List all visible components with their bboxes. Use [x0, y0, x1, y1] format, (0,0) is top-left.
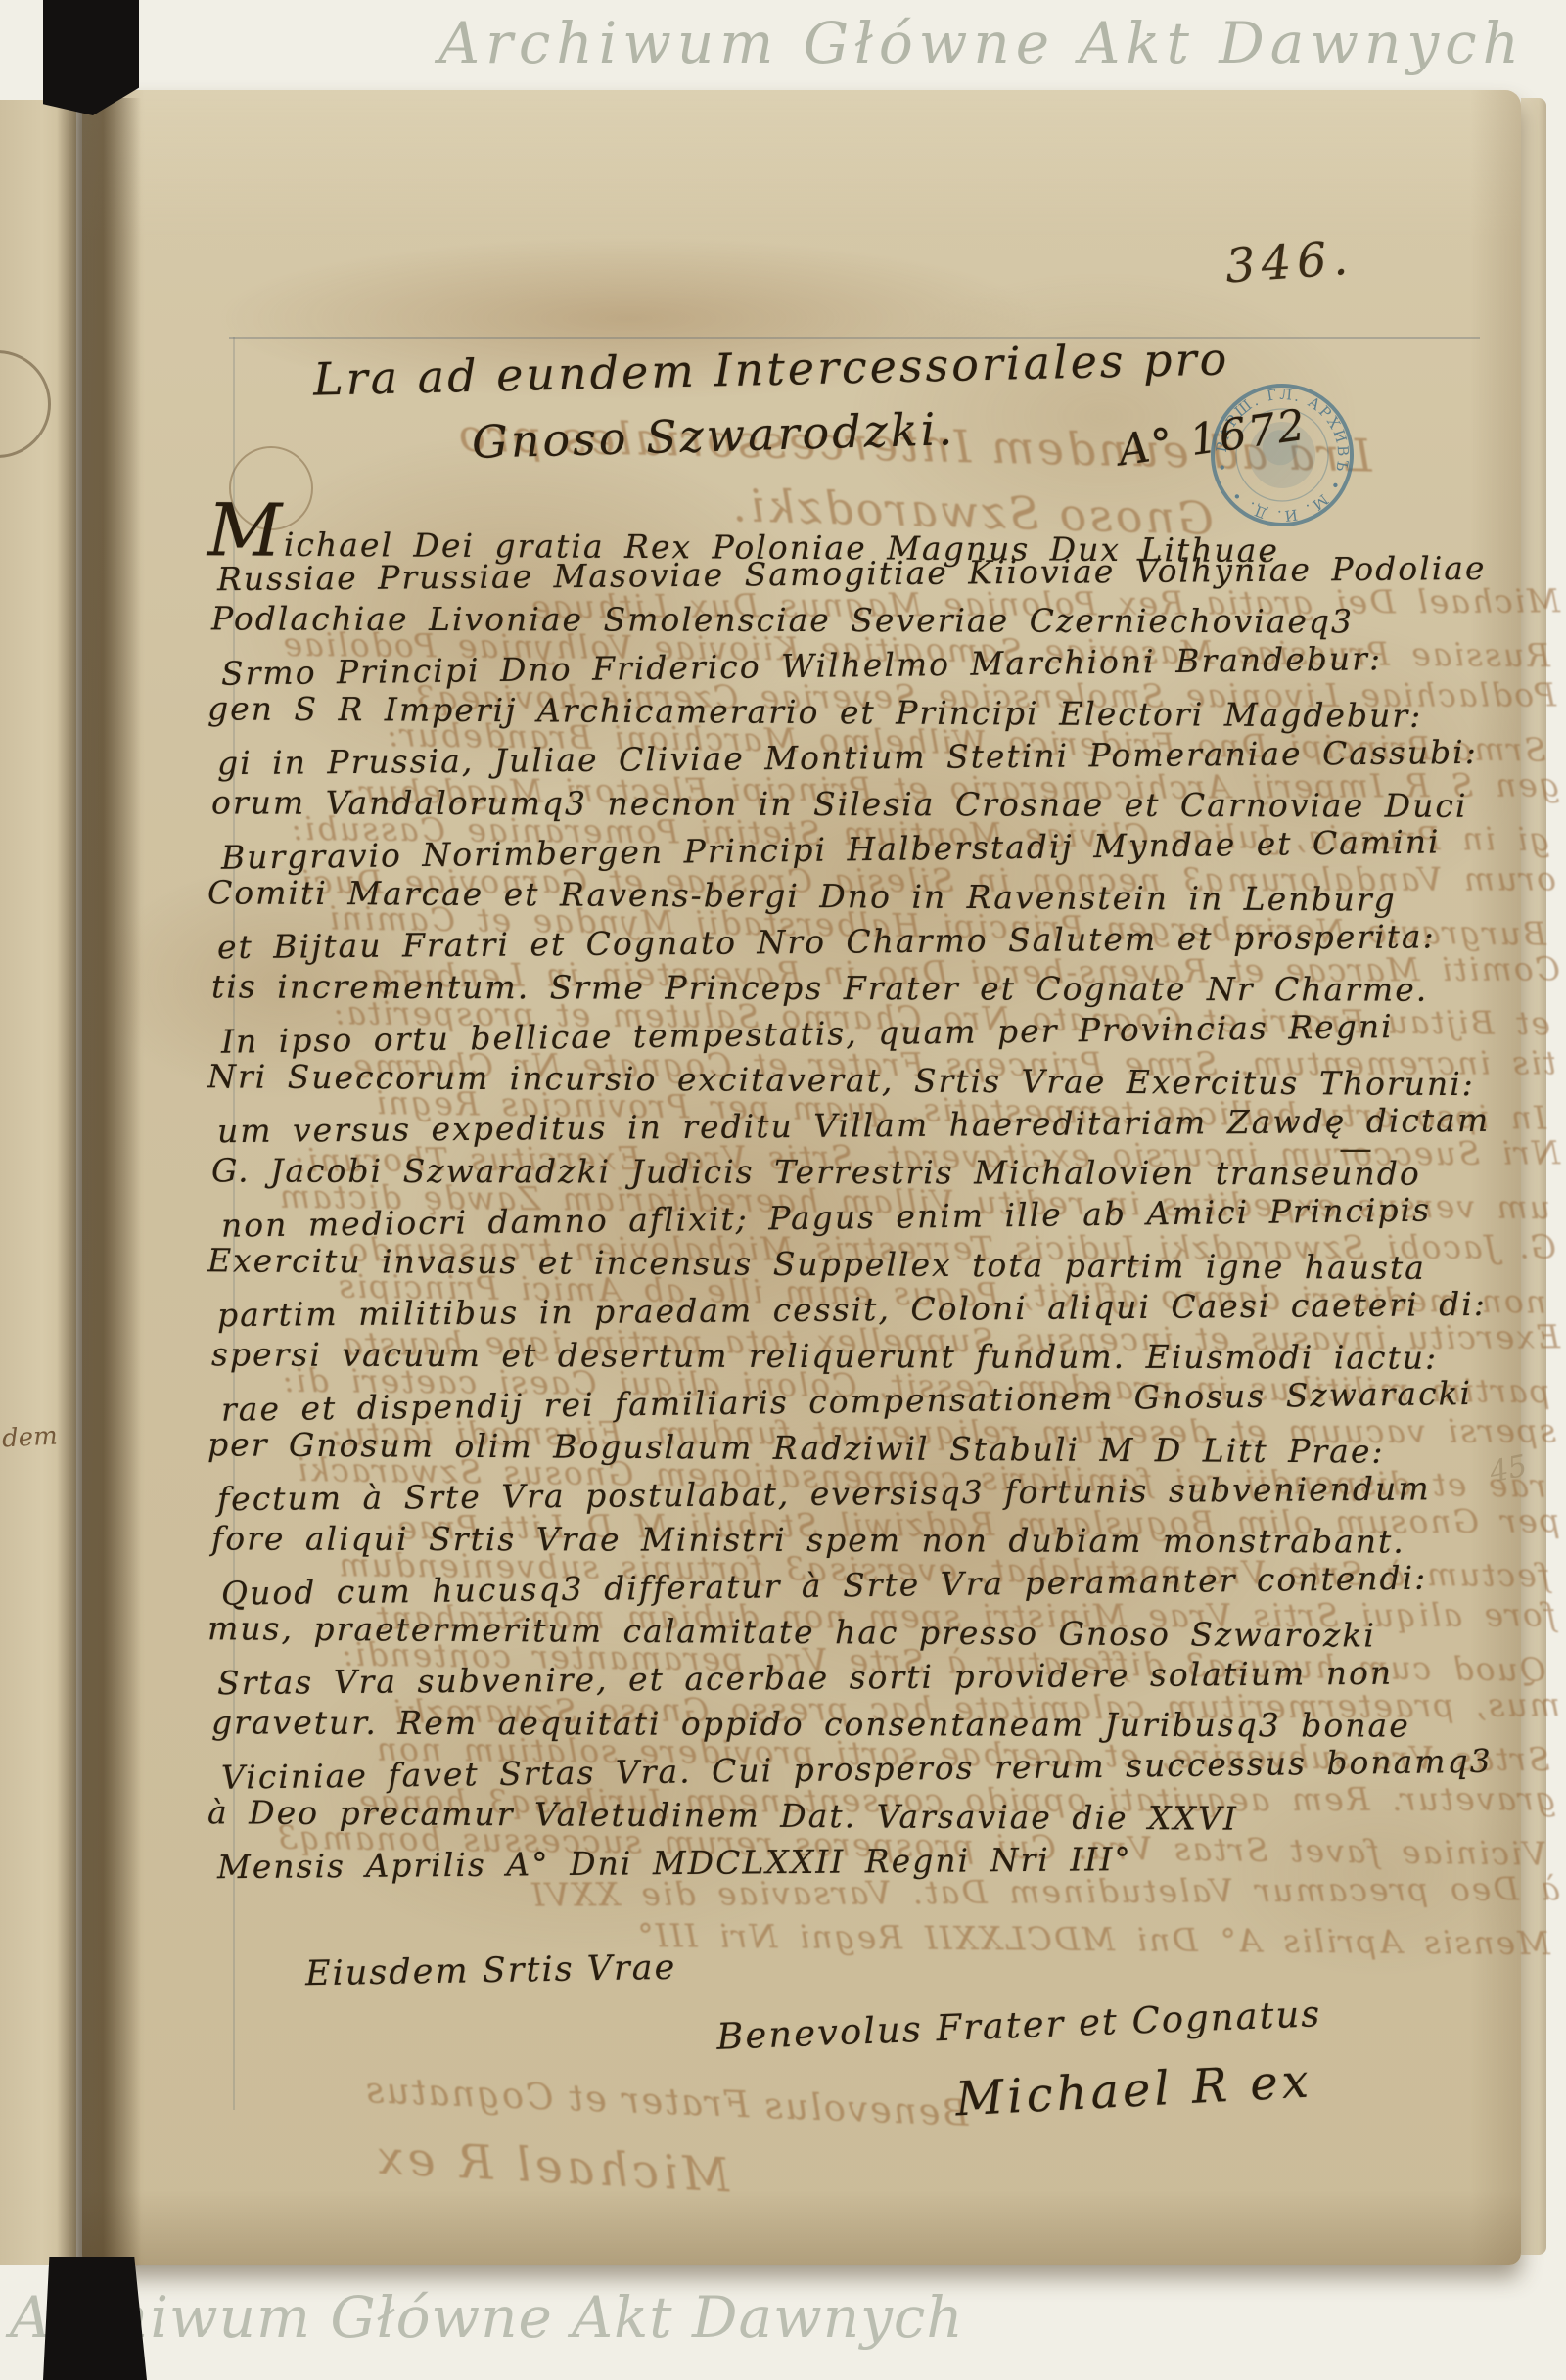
manuscript-line: Mensis Aprilis A° Dni MDCLXXII Regni Nri… — [217, 1838, 1402, 1895]
manuscript-line: gi in Prussia, Juliae Cliviae Montium St… — [217, 734, 1402, 791]
document-title-line2: Gnoso Szwarodzki. — [471, 402, 955, 469]
bookmark-ribbon-bottom — [43, 2257, 147, 2380]
manuscript-line: et Bijtau Fratri et Cognato Nro Charmo S… — [217, 918, 1402, 975]
document-title-line1: Lra ad eundem Intercessoriales pro — [313, 332, 1230, 405]
binding-gutter-shadow — [57, 98, 141, 2266]
bleed-closing: Benevolus Frater et Cognatus — [363, 2069, 970, 2134]
archive-watermark-top: Archiwum Główne Akt Dawnych — [438, 10, 1525, 76]
margin-dash: — — [1339, 1129, 1372, 1168]
royal-signature: Michael R ex — [954, 2053, 1313, 2127]
folio-number: 346. — [1223, 231, 1355, 295]
left-edge-note: dem — [1, 1422, 58, 1454]
closing-indent-line: Eiusdem Srtis Vrae — [305, 1948, 677, 1994]
manuscript-line: Russiae Prussiae Masoviae Samogitiae Kii… — [217, 550, 1402, 607]
manuscript-line: um versus expeditus in reditu Villam hae… — [217, 1102, 1402, 1159]
body-text: Michael Dei gratia Rex Poloniae Magnus D… — [207, 509, 1392, 1889]
ruled-frame-horizontal — [229, 337, 1480, 339]
scanned-manuscript-page: Archiwum Główne Akt Dawnych Archiwum Głó… — [0, 0, 1566, 2380]
page-block-edge — [1521, 98, 1546, 2255]
archive-watermark-bottom: Archiwum Główne Akt Dawnych — [10, 2284, 964, 2351]
manuscript-page: Lra ad eundem Intercessoriales pro Gnoso… — [82, 90, 1521, 2265]
manuscript-line: fectum à Srte Vra postulabat, eversisq3 … — [217, 1470, 1402, 1527]
closing-valediction: Benevolus Frater et Cognatus — [715, 1992, 1322, 2058]
bleed-closing: Michael R ex — [372, 2129, 731, 2203]
manuscript-line: Srtas Vra subvenire, et acerbae sorti pr… — [217, 1654, 1402, 1711]
manuscript-line: partim militibus in praedam cessit, Colo… — [217, 1286, 1402, 1343]
